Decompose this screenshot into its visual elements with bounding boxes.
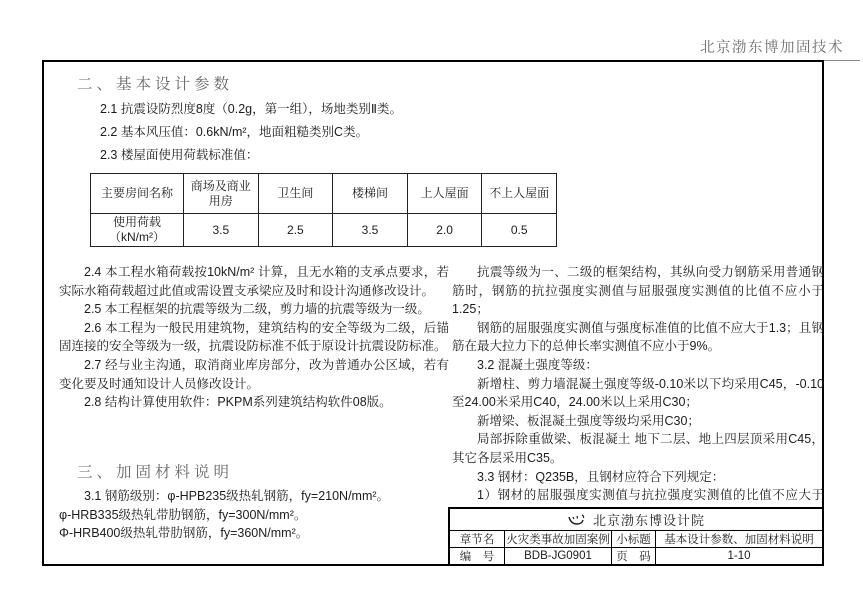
para-3-2-partial: 局部拆除重做梁、板混凝土 地下二层、地上四层顶采用C45，其它各层采用C35。	[452, 430, 824, 467]
subtitle-value: 基本设计参数、加固材料说明	[656, 531, 822, 548]
para-3-1-hrb335: φ-HRB335级热轧带肋钢筋，fy=300N/mm²。	[59, 506, 449, 525]
load-table: 主要房间名称 商场及商业用房 卫生间 楼梯间 上人屋面 不上人屋面 使用荷载（k…	[90, 173, 557, 247]
para-3-3: 3.3 钢材：Q235B，且钢材应符合下列规定：	[452, 468, 824, 487]
para-2-1: 2.1 抗震设防烈度8度（0.2g，第一组），场地类别Ⅱ类。	[100, 98, 470, 121]
content-frame: 二、基本设计参数 2.1 抗震设防烈度8度（0.2g，第一组），场地类别Ⅱ类。 …	[42, 60, 824, 566]
load-table-row-label: 使用荷载（kN/m²）	[91, 214, 184, 247]
para-seismic-grade: 抗震等级为一、二级的框架结构，其纵向受力钢筋采用普通钢筋时，钢筋的抗拉强度实测值…	[452, 263, 824, 319]
number-value: BDB-JG0901	[505, 548, 612, 565]
para-3-1-hrb400: Φ-HRB400级热轧带肋钢筋，fy=360N/mm²。	[59, 524, 449, 543]
load-table-value-cell: 3.5	[333, 214, 408, 247]
title-block: 北京渤东博设计院 章节名 火灾类事故加固案例 小标题 基本设计参数、加固材料说明…	[448, 507, 824, 566]
number-label: 编 号	[450, 548, 505, 565]
para-3-2-columns: 新增柱、剪力墙混凝土强度等级-0.10米以下均采用C45，-0.10至24.00…	[452, 375, 824, 412]
para-3-2: 3.2 混凝土强度等级：	[452, 356, 824, 375]
load-table-header-cell: 卫生间	[258, 174, 333, 214]
para-2-5: 2.5 本工程框架的抗震等级为二级，剪力墙的抗震等级为一级。	[59, 300, 449, 319]
chapter-value: 火灾类事故加固案例	[505, 531, 612, 548]
load-table-value-cell: 0.5	[482, 214, 557, 247]
design-institute-logo-icon	[567, 514, 587, 526]
para-3-1-hpb235: 3.1 钢筋级别：φ-HPB235级热轧钢筋，fy=210N/mm²。	[59, 487, 449, 506]
right-text-column: 抗震等级为一、二级的框架结构，其纵向受力钢筋采用普通钢筋时，钢筋的抗拉强度实测值…	[452, 263, 824, 542]
title-block-company-row: 北京渤东博设计院	[450, 509, 822, 531]
load-table-header-cell: 商场及商业用房	[184, 174, 259, 214]
section-2-title: 二、基本设计参数	[77, 72, 233, 94]
para-2-4: 2.4 本工程水箱荷载按10kN/m² 计算，且无水箱的支承点要求，若实际水箱荷…	[59, 263, 449, 300]
load-table-header-cell: 主要房间名称	[91, 174, 184, 214]
load-table-value-cell: 2.5	[258, 214, 333, 247]
para-2-7: 2.7 经与业主沟通，取消商业库房部分，改为普通办公区域，若有变化要及时通知设计…	[59, 356, 449, 393]
left-text-column: 2.4 本工程水箱荷载按10kN/m² 计算，且无水箱的支承点要求，若实际水箱荷…	[59, 263, 449, 412]
para-2-6: 2.6 本工程为一般民用建筑物，建筑结构的安全等级为二级，后锚固连接的安全等级为…	[59, 319, 449, 356]
page-label: 页 码	[612, 548, 656, 565]
para-2-2: 2.2 基本风压值：0.6kN/m²，地面粗糙类别C类。	[100, 121, 470, 144]
design-institute-name: 北京渤东博设计院	[593, 510, 705, 529]
page-header-brand: 北京渤东博加固技术	[700, 36, 860, 61]
para-3-2-beams: 新增梁、板混凝土强度等级均采用C30；	[452, 412, 824, 431]
load-table-header-cell: 上人屋面	[407, 174, 482, 214]
load-table-value-row: 使用荷载（kN/m²） 3.5 2.5 3.5 2.0 0.5	[91, 214, 557, 247]
load-table-value-cell: 2.0	[407, 214, 482, 247]
para-yield-ratio: 钢筋的屈服强度实测值与强度标准值的比值不应大于1.3；且钢筋在最大拉力下的总伸长…	[452, 319, 824, 356]
document-page: 北京渤东博加固技术 二、基本设计参数 2.1 抗震设防烈度8度（0.2g，第一组…	[0, 0, 863, 609]
material-spec-block: 3.1 钢筋级别：φ-HPB235级热轧钢筋，fy=210N/mm²。 φ-HR…	[59, 487, 449, 543]
subtitle-label: 小标题	[612, 531, 656, 548]
load-table-header-cell: 不上人屋面	[482, 174, 557, 214]
chapter-label: 章节名	[450, 531, 505, 548]
section-3-title: 三、加固材料说明	[77, 460, 233, 482]
para-2-3: 2.3 楼屋面使用荷载标准值：	[100, 144, 470, 167]
title-block-grid: 章节名 火灾类事故加固案例 小标题 基本设计参数、加固材料说明 编 号 BDB-…	[450, 531, 822, 564]
load-table-header-cell: 楼梯间	[333, 174, 408, 214]
page-value: 1-10	[656, 548, 822, 565]
load-table-header-row: 主要房间名称 商场及商业用房 卫生间 楼梯间 上人屋面 不上人屋面	[91, 174, 557, 214]
section-2-intro: 2.1 抗震设防烈度8度（0.2g，第一组），场地类别Ⅱ类。 2.2 基本风压值…	[100, 98, 470, 167]
para-2-8: 2.8 结构计算使用软件：PKPM系列建筑结构软件08版。	[59, 393, 449, 412]
load-table-value-cell: 3.5	[184, 214, 259, 247]
